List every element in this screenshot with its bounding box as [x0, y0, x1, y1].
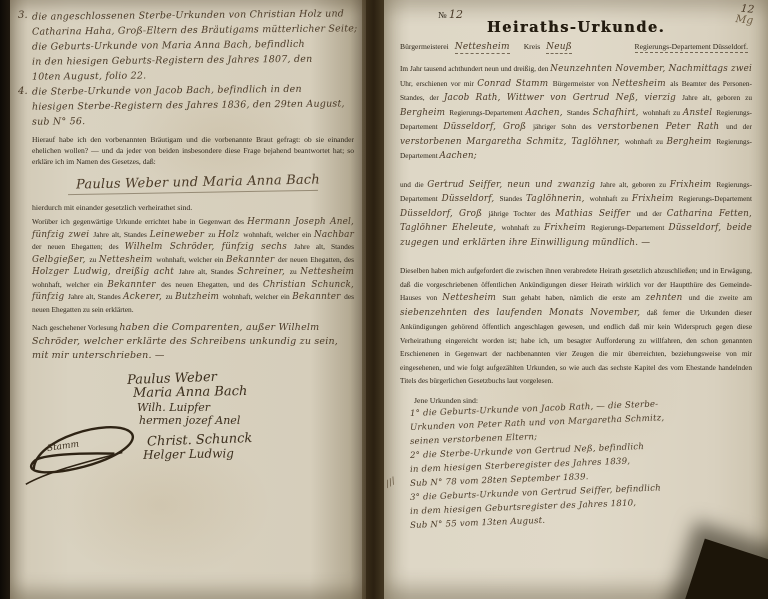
text-segment: Butzheim — [175, 292, 223, 302]
text-segment: siebenzehnten des laufenden Monats Novem… — [400, 308, 647, 318]
text-segment: zweite am — [719, 293, 752, 302]
list-line: Wilh. Luipfer — [137, 401, 354, 414]
municipality-line: Bürgermeisterei Nettesheim Kreis Neuß Re… — [400, 42, 752, 54]
text-segment: Neunzehnten — [550, 64, 615, 74]
text-segment: Groß — [503, 122, 533, 132]
text-segment: Jahre alt, geboren zu — [600, 180, 670, 189]
text-segment: Taglöhner, — [571, 137, 624, 147]
text-segment: Aachen, — [525, 108, 566, 118]
document-list-handwritten: die angeschlossenen Sterbe-Urkunden von … — [32, 8, 354, 128]
signatures-block: Paulus WeberMaria Anna BachWilh. Luipfer… — [127, 369, 354, 460]
text-segment: Holzger Ludwig, dreißig acht — [32, 267, 179, 277]
text-segment: Conrad — [477, 79, 515, 89]
text-segment: Gertrud Seiffer, — [427, 180, 507, 190]
text-segment: Regierungs-Departement — [591, 223, 668, 232]
text-segment: wohnhaft zu — [625, 137, 667, 146]
text-segment: Gelbgießer, — [32, 255, 89, 265]
text-segment: Nettesheim — [300, 267, 354, 277]
text-segment: und der — [726, 122, 752, 131]
text-segment: Jahre alt, Standes — [179, 267, 238, 276]
text-segment: wohnhaft zu — [643, 108, 683, 117]
text-segment: der neuen Ehegatten; des — [32, 242, 125, 251]
text-segment: Mathias Seiffer — [555, 209, 636, 219]
text-segment: zu — [533, 223, 544, 232]
text-segment: Taglöhnerin, — [526, 194, 590, 204]
pen-strokes: /// — [384, 476, 397, 490]
text-segment: Düsseldorf, — [442, 194, 500, 204]
text-segment: Frixheim — [670, 180, 717, 190]
text-segment: Frixheim — [544, 223, 591, 233]
bride-paragraph: und die Gertrud Seiffer, neun und zwanzi… — [400, 178, 752, 251]
text-segment: verstorbenen Peter Rath — [597, 122, 726, 132]
text-segment: zehnten — [645, 293, 688, 303]
text-segment: des neuen Ehegatten, und des — [161, 280, 263, 289]
text-segment: Schröder, welcher erklärte des Schreiben… — [32, 336, 300, 347]
text-segment: wohnhaft, welcher ein — [243, 230, 314, 239]
text-segment: Leineweber — [150, 230, 209, 240]
text-segment: zu — [89, 255, 99, 264]
text-segment: verstorbenen Margaretha Schmitz, — [400, 137, 571, 147]
text-segment: daß ferner die Urkunden dieser Ankündigu… — [400, 308, 752, 386]
text-segment: Düsseldorf, — [400, 209, 459, 219]
text-segment: Standes — [499, 194, 526, 203]
text-segment: Schreiner, — [237, 267, 289, 277]
text-segment: Standes — [567, 108, 593, 117]
margin-number-4: 4. — [18, 86, 28, 97]
text-segment: Jacob Rath, Wittwer von Gertrud — [444, 93, 616, 103]
text-segment: November, Nachmittags zwei — [615, 64, 752, 74]
margin-number-3: 3. — [18, 10, 28, 21]
text-segment: Frixheim — [632, 194, 679, 204]
text-segment: Hierauf habe ich den vorbenannten Bräuti… — [32, 135, 354, 166]
list-line: Maria Anna Bach — [133, 382, 354, 401]
text-segment: Jahre alt, Standes — [294, 242, 354, 251]
text-segment: Bekannter — [292, 292, 344, 302]
left-page: 3. 4. die angeschlossenen Sterbe-Urkunde… — [10, 0, 366, 599]
text-segment: Stamm — [516, 79, 553, 89]
text-segment: Bergheim — [400, 108, 449, 118]
text-segment: Uhr, erschienen vor mir — [400, 79, 477, 88]
text-segment: Statt gehabt haben, nämlich die erste am — [502, 293, 645, 302]
text-segment: Nettesheim — [612, 79, 670, 89]
list-line: hermen jozef Anel — [139, 414, 354, 427]
list-line: Helger Ludwig — [143, 444, 354, 462]
text-segment: Nettesheim — [442, 293, 502, 303]
text-segment: wohnhaft, welcher ein — [223, 292, 293, 301]
text-segment: wohnhaft, welcher ein — [32, 280, 107, 289]
text-segment: Düsseldorf, — [443, 122, 503, 132]
certificate-title: Heiraths-Urkunde. — [400, 19, 752, 36]
text-segment: Bergheim — [666, 137, 716, 147]
text-segment: Jahre alt, — [68, 292, 98, 301]
register-photo: 3. 4. die angeschlossenen Sterbe-Urkunde… — [0, 0, 768, 599]
text-segment: Ackerer, — [123, 292, 165, 302]
text-segment: und die — [400, 180, 427, 189]
text-segment: neun und zwanzig — [507, 180, 600, 190]
text-segment: wohnhaft — [502, 223, 534, 232]
text-segment: Aachen; — [440, 151, 477, 161]
text-segment: Schafhirt, — [592, 108, 642, 118]
text-segment: jähriger Sohn des — [533, 122, 597, 131]
text-segment: Neß, vierzig — [616, 93, 682, 103]
question-paragraph: Hierauf habe ich den vorbenannten Bräuti… — [32, 134, 354, 167]
text-segment: Nettesheim — [99, 255, 156, 265]
witnesses-paragraph: Worüber ich gegenwärtige Urkunde erricht… — [32, 216, 354, 316]
text-segment: Jahre alt, Standes — [93, 230, 149, 239]
documents-list-handwritten: 1° die Geburts-Urkunde von Jacob Rath, —… — [400, 407, 752, 533]
text-segment: Holz — [218, 230, 243, 240]
text-segment: Regierungs-Departement — [449, 108, 525, 117]
text-segment: Bürgermeister von — [553, 79, 612, 88]
announcement-paragraph: Dieselben haben mich aufgefordert die zw… — [400, 264, 752, 388]
text-segment: zu — [166, 292, 175, 301]
text-segment: zu — [290, 267, 301, 276]
text-segment: Jahre alt, geboren zu — [682, 93, 752, 102]
text-segment: Worüber ich gegenwärtige Urkunde erricht… — [32, 217, 247, 226]
text-segment: und die — [689, 293, 719, 302]
text-segment: zu — [208, 230, 218, 239]
text-segment: Regierungs-Departement — [679, 194, 752, 203]
text-segment: Bekannter — [226, 255, 278, 265]
text-segment: wohnhaft zu — [590, 194, 632, 203]
text-segment: Anstel — [683, 108, 716, 118]
text-segment: jährige Tochter des — [488, 209, 555, 218]
reading-closing-paragraph: Nach geschehener Vorlesung haben die Com… — [32, 321, 354, 363]
list-line: sub N° 56. — [32, 111, 354, 129]
text-segment: haben die Comparenten, außer Wilhelm — [119, 322, 319, 333]
svg-text:Stamm: Stamm — [46, 440, 79, 454]
text-segment: und der — [636, 209, 666, 218]
married-declaration: hierdurch mit einander gesetzlich verhei… — [32, 203, 354, 212]
text-segment: Wilhelm Schröder, fünfzig sechs — [125, 242, 295, 252]
text-segment: Nachbar — [314, 230, 354, 240]
text-segment: der neuen Ehegatten, des — [278, 255, 354, 264]
text-segment: Im Jahr tausend achthundert neun und dre… — [400, 64, 550, 73]
text-segment: Bekannter — [107, 280, 161, 290]
groom-paragraph: Im Jahr tausend achthundert neun und dre… — [400, 62, 752, 164]
right-page: 12 Mg № 12 Heiraths-Urkunde. Bürgermeist… — [384, 0, 768, 599]
text-segment: und erklärten ihre Einwilligung mündlich… — [442, 238, 650, 248]
text-segment: wohnhaft, welcher — [156, 255, 214, 264]
text-segment: Standes — [98, 292, 123, 301]
text-segment: ein — [214, 255, 226, 264]
text-segment: Nach geschehener Vorlesung — [32, 323, 119, 332]
text-segment: Groß — [459, 209, 488, 219]
